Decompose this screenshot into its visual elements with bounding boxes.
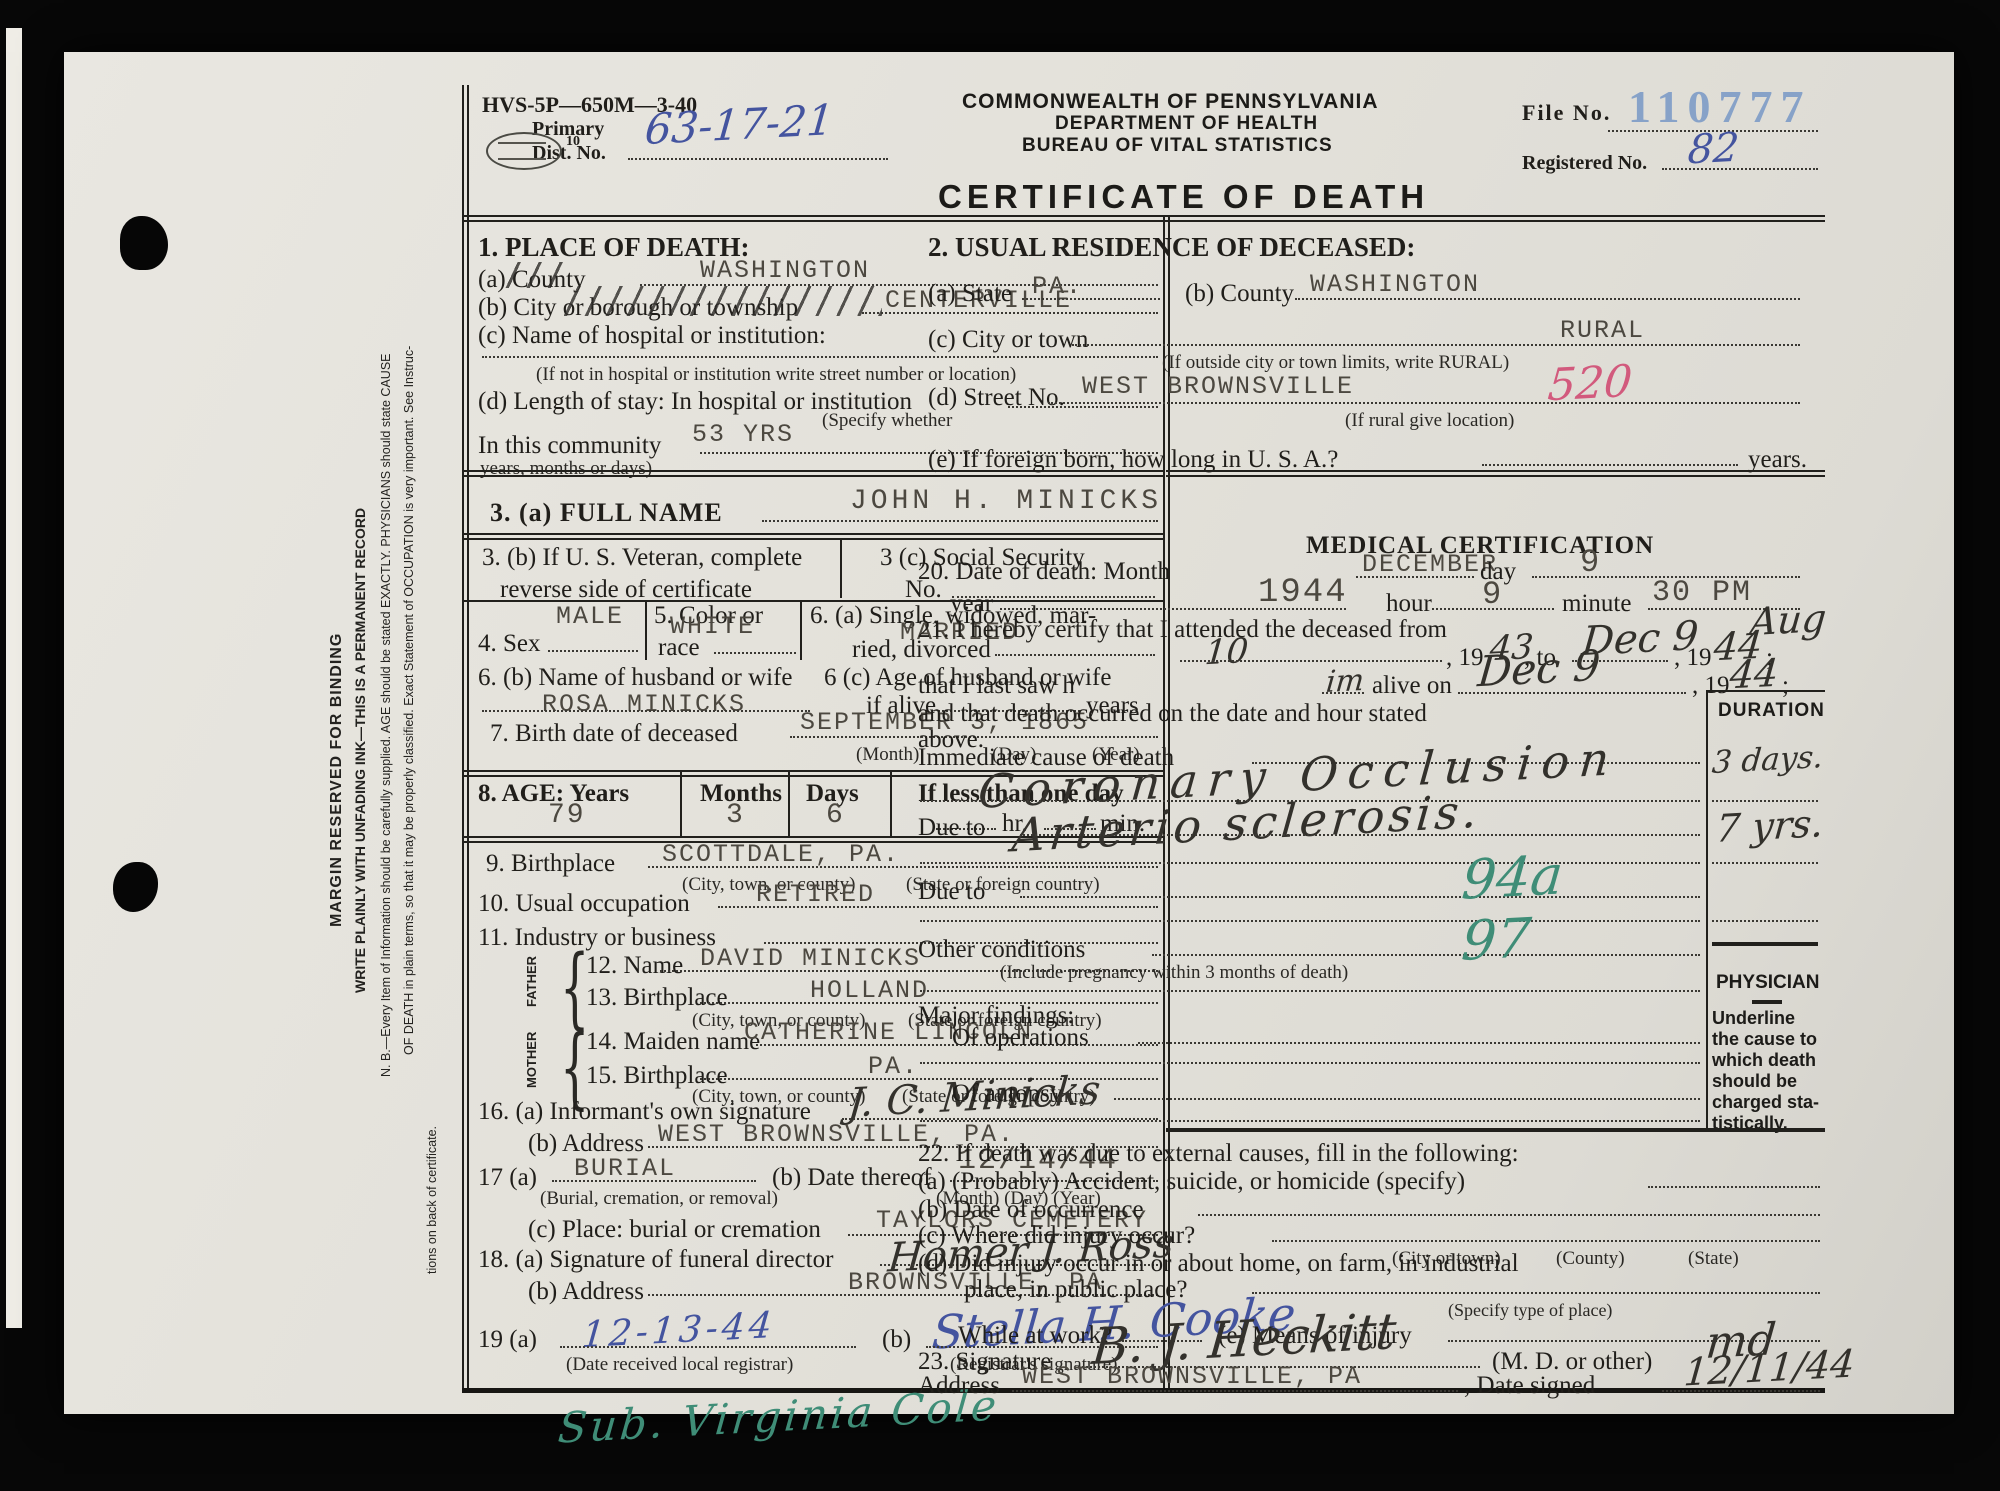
spouse-value: ROSA MINICKS	[542, 690, 746, 719]
sec23-addr-value: WEST BROWNSVILLE, PA	[1022, 1362, 1362, 1391]
sec1-community-label: In this community	[478, 432, 661, 460]
burial-label-a: 17 (a)	[478, 1164, 537, 1192]
med-certify-line1: 21. I hereby certify that I attended the…	[918, 616, 1447, 644]
sec2-city-value: RURAL	[1560, 316, 1645, 345]
med-lastsaw-2: alive on	[1372, 672, 1452, 700]
sec22-a: (a) (Probably) Accident, suicide, or hom…	[918, 1168, 1465, 1196]
sex-line	[548, 650, 638, 652]
med-year-value: 1944	[1258, 574, 1348, 612]
other-conditions-line	[1152, 954, 1700, 956]
fullname-line	[762, 520, 1158, 522]
sec2-county-line	[1295, 298, 1800, 300]
sec1-hospital-line	[482, 356, 1158, 358]
crossout-marks-county	[500, 262, 566, 288]
birthplace-label: 9. Birthplace	[486, 850, 615, 878]
sec22-work-label: While at work?	[958, 1322, 1112, 1350]
sec22-b-line	[1198, 1214, 1820, 1216]
father-bp-value: HOLLAND	[810, 976, 929, 1005]
med-minute-value: 30 PM	[1652, 576, 1752, 610]
punch-hole-top	[120, 216, 168, 270]
sec2-state-value: PA.	[1032, 272, 1083, 301]
med-from-line	[1180, 660, 1442, 662]
sec22-c-cap-state: (State)	[1688, 1248, 1739, 1270]
immediate-duration-value: 3 days.	[1710, 739, 1824, 781]
fullname-value: JOHN H. MINICKS	[850, 486, 1162, 517]
dist-no-line	[628, 158, 888, 160]
sec1-county-value: WASHINGTON	[700, 256, 870, 285]
operations-label: Of operations	[952, 1024, 1089, 1052]
med-minute-label: minute	[1562, 590, 1631, 618]
registered-no-line	[1662, 168, 1818, 170]
medical-bottom-rule	[1166, 1128, 1825, 1132]
birthplace-value: SCOTTDALE, PA.	[662, 840, 900, 869]
industry-label: 11. Industry or business	[478, 924, 716, 952]
registrar-date-cap: (Date received local registrar)	[566, 1354, 793, 1376]
med-lastsaw-value: Dec 9	[1476, 641, 1602, 697]
occupation-value: RETIRED	[756, 880, 875, 909]
burial-place-label: (c) Place: burial or cremation	[528, 1216, 821, 1244]
sec2-street-value: WEST BROWNSVILLE	[1082, 372, 1354, 401]
sec1-city-line	[862, 312, 1158, 314]
color-line	[714, 652, 796, 654]
seal-inner-lines	[498, 142, 546, 160]
crossout-marks-city	[560, 286, 882, 316]
sec2-county-label: (b) County	[1185, 280, 1294, 308]
father-side-label: FATHER	[524, 946, 539, 1016]
med-lbl19b: , 19	[1674, 644, 1712, 672]
certificate-title: CERTIFICATE OF DEATH	[938, 178, 1429, 216]
margin-nb-note-2: OF DEATH in plain terms, so that it may …	[402, 100, 416, 1300]
med-lastsaw-line	[1458, 692, 1686, 694]
dueto1-label: Due to	[918, 814, 985, 842]
registrar-label-b: (b)	[882, 1326, 911, 1354]
duration-top-rule	[1706, 690, 1825, 692]
fullname-bottom-rule	[462, 533, 1165, 540]
sec22-heading: 22. If death was due to external causes,…	[918, 1140, 1519, 1168]
registered-no-label: Registered No.	[1522, 152, 1647, 175]
findings-line-mid	[920, 1062, 1700, 1064]
duration-solid-rule	[1712, 942, 1818, 946]
sec22-b: (b) Date of occurrence	[918, 1196, 1144, 1224]
director-label: 18. (a) Signature of funeral director	[478, 1246, 833, 1274]
sec22-c-cap-county: (County)	[1556, 1248, 1625, 1270]
sec23-date-line	[1662, 1390, 1820, 1392]
duration-line-2	[1712, 862, 1818, 864]
med-lastsaw-hw-line	[1322, 692, 1364, 694]
sec2-heading: 2. USUAL RESIDENCE OF DECEASED:	[928, 232, 1415, 263]
med-hour-line	[1432, 608, 1554, 610]
dueto2-line	[1020, 896, 1700, 898]
sec2-bottom-rule	[1166, 470, 1825, 477]
med-hour-label: hour	[1386, 590, 1432, 618]
age-months-value: 3	[726, 800, 745, 831]
operations-line	[1138, 1042, 1700, 1044]
code-annotation-97: 97	[1459, 906, 1533, 973]
sec23-addr-line	[1012, 1390, 1458, 1392]
sec2-foreign-line	[1482, 464, 1738, 466]
autopsy-label: Of autopsy	[952, 1080, 1062, 1108]
med-month-line	[1356, 576, 1474, 578]
sec2-state-label: (a) State	[928, 280, 1012, 308]
registrar-date-line	[560, 1346, 856, 1348]
med-from-day: 10	[1203, 631, 1250, 674]
registrar-label-a: 19 (a)	[478, 1326, 537, 1354]
med-20-label: 20. Date of death: Month	[918, 558, 1170, 586]
autopsy-line	[1114, 1098, 1700, 1100]
sex-color-divider	[645, 600, 647, 660]
sec2-street-label: (d) Street No.	[928, 384, 1065, 412]
occupation-label: 10. Usual occupation	[478, 890, 690, 918]
dueto2-line-b	[920, 920, 1700, 922]
sec22-a-line	[1648, 1186, 1820, 1188]
sec2-city-label: (c) City or town	[928, 326, 1088, 354]
sec2-city-note: (If outside city or town limits, write R…	[1162, 352, 1509, 374]
age-divider-2	[788, 772, 790, 836]
med-month-value: DECEMBER	[1362, 550, 1498, 579]
sec1-community-value: 53 YRS	[692, 420, 794, 449]
margin-binding-note: MARGIN RESERVED FOR BINDING	[328, 540, 346, 1020]
sec22-c: (c) Where did injury occur?	[918, 1222, 1195, 1250]
spouse-line	[482, 710, 810, 712]
sec1-hospital-note: (If not in hospital or institution write…	[536, 364, 1016, 386]
marital-line	[995, 654, 1155, 656]
mother-name-label: 14. Maiden name	[586, 1028, 760, 1056]
director-addr-label: (b) Address	[528, 1278, 644, 1306]
physician-heading: PHYSICIAN	[1716, 972, 1819, 994]
dueto1-line	[1020, 834, 1700, 836]
age-divider-1	[680, 772, 682, 836]
age-years-value: 79	[548, 800, 586, 831]
file-no-label: File No.	[1522, 100, 1611, 126]
birthplace-line	[648, 866, 1158, 868]
margin-nb-note-3: tions on back of certificate.	[425, 1080, 439, 1320]
page-edge-sliver	[6, 28, 22, 1328]
med-semi-2: ;	[1782, 672, 1789, 700]
dueto2-label: Due to	[918, 878, 985, 906]
sec2-state-line	[1022, 298, 1160, 300]
burial-type-value: BURIAL	[574, 1154, 676, 1183]
agency-department: DEPARTMENT OF HEALTH	[1055, 113, 1318, 135]
burial-type-cap: (Burial, cremation, or removal)	[540, 1188, 778, 1210]
sex-value: MALE	[556, 602, 624, 631]
med-occurred: and that death occurred on the date and …	[918, 700, 1427, 728]
margin-nb-note-1: N. B.—Every Item of Information should b…	[379, 120, 393, 1310]
code-annotation-94a: 94a	[1459, 843, 1565, 912]
pregnancy-note: (Include pregnancy within 3 months of de…	[1000, 962, 1348, 984]
birthdate-cap-month: (Month)	[856, 744, 919, 766]
spouse-label: 6. (b) Name of husband or wife	[478, 664, 793, 692]
father-bp-label: 13. Birthplace	[586, 984, 728, 1012]
findings-line-bottom	[920, 1120, 1700, 1122]
birthdate-label: 7. Birth date of deceased	[490, 720, 738, 748]
burial-date-label: (b) Date thereof	[772, 1164, 932, 1192]
med-lastsaw-hw: im	[1324, 663, 1365, 700]
sec1-hospital-label: (c) Name of hospital or institution:	[478, 322, 826, 350]
duration-left-rule	[1706, 690, 1708, 1128]
sec23-date-value: 12/11/44	[1682, 1341, 1856, 1394]
veteran-ssn-divider	[840, 538, 842, 598]
occupation-line	[718, 906, 1158, 908]
duration-heading: DURATION	[1718, 700, 1825, 722]
dist-no-value: 63-17-21	[643, 95, 836, 154]
sex-label: 4. Sex	[478, 630, 541, 658]
med-lastsaw-1: that I last saw h	[918, 672, 1075, 700]
form-left-border	[462, 85, 469, 1388]
age-days-value: 6	[826, 800, 845, 831]
sec23-addr-label: Address	[918, 1372, 1000, 1400]
duration-line-3	[1712, 920, 1818, 922]
age-divider-3	[890, 772, 892, 836]
burial-type-line	[552, 1180, 756, 1182]
sec2-city-line	[1072, 344, 1800, 346]
color-label-2: race	[658, 634, 700, 662]
sec1-specify-note: (Specify whether	[822, 410, 952, 432]
sec22-d-cap: (Specify type of place)	[1448, 1300, 1612, 1321]
father-name-label: 12. Name	[586, 952, 683, 980]
physician-note: Underline the cause to which death shoul…	[1712, 1008, 1822, 1134]
certificate-scan: MARGIN RESERVED FOR BINDING WRITE PLAINL…	[0, 0, 2000, 1491]
red-annotation-520: 520	[1546, 356, 1634, 412]
father-name-value: DAVID MINICKS	[700, 944, 921, 973]
fullname-label: 3. (a) FULL NAME	[490, 498, 723, 528]
seal-number: 10	[566, 134, 580, 150]
other-conditions-label: Other conditions	[918, 936, 1085, 964]
sec2-county-value: WASHINGTON	[1310, 270, 1480, 299]
color-marital-divider	[800, 600, 802, 660]
sec22-d-line1: (d) Did injury occur in or about home, o…	[918, 1250, 1519, 1278]
registered-no-value: 82	[1686, 125, 1741, 174]
med-year-line	[1000, 608, 1346, 610]
dueto1-line-b	[920, 862, 1700, 864]
sec23-date-label: , Date signed	[1464, 1372, 1595, 1400]
physician-dash	[1752, 1000, 1782, 1004]
med-year-label: year	[950, 590, 993, 618]
sec22-d-line	[1252, 1292, 1820, 1294]
mother-side-label: MOTHER	[524, 1022, 539, 1098]
sec2-street-line	[1048, 402, 1800, 404]
sec22-d-line2: place, in public place?	[964, 1276, 1188, 1304]
veteran-label-1: 3. (b) If U. S. Veteran, complete	[482, 544, 802, 572]
header-bottom-rule	[462, 215, 1825, 222]
margin-ink-note: WRITE PLAINLY WITH UNFADING INK—THIS IS …	[352, 290, 368, 1210]
agency-bureau: BUREAU OF VITAL STATISTICS	[1022, 135, 1333, 157]
sec22-c-line	[1272, 1240, 1820, 1242]
med-lbl19c: , 19	[1692, 672, 1730, 700]
sec2-street-note: (If rural give location)	[1345, 410, 1514, 432]
agency-commonwealth: COMMONWEALTH OF PENNSYLVANIA	[962, 90, 1378, 114]
dueto1-duration-value: 7 yrs.	[1714, 801, 1825, 851]
conditions-line-b	[920, 990, 1700, 992]
